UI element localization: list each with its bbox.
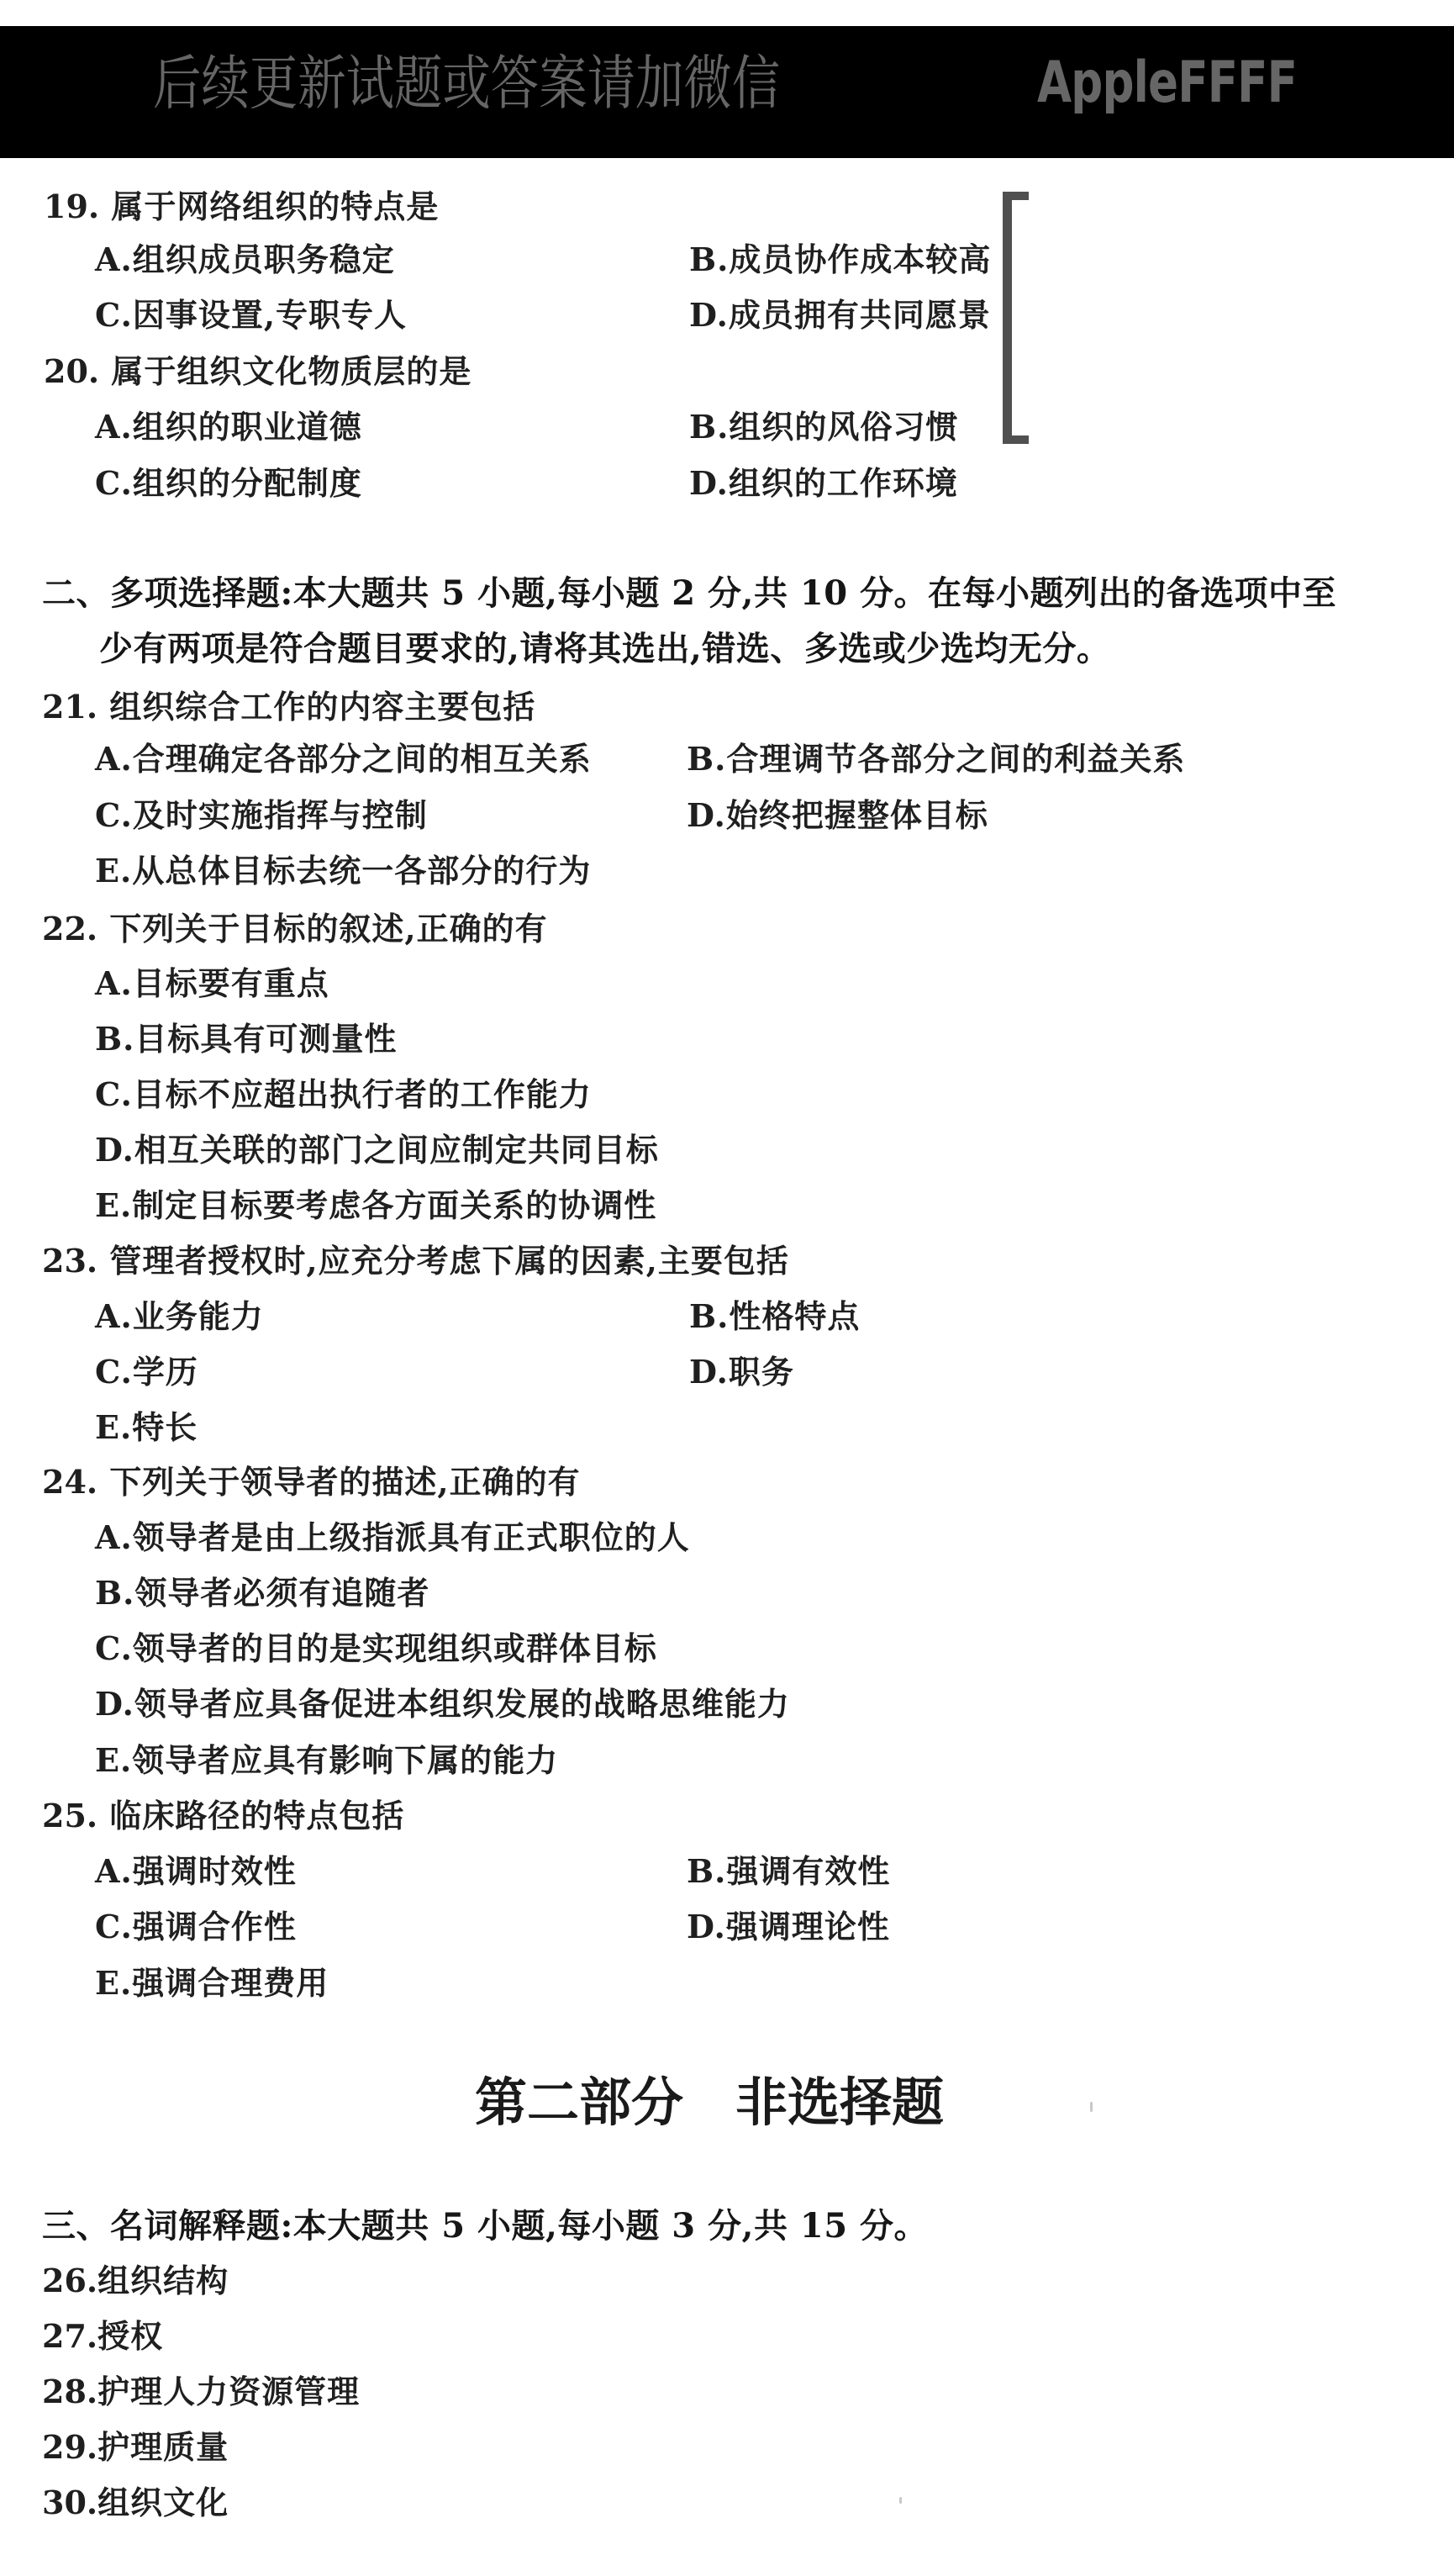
q20-option-c[interactable]: C.组织的分配制度 — [95, 462, 362, 504]
q25-option-a[interactable]: A.强调时效性 — [95, 1850, 297, 1892]
option-label: A. — [95, 240, 133, 278]
option-label: A. — [95, 1297, 133, 1335]
option-label: C. — [95, 1629, 133, 1667]
option-text: 从总体目标去统一各部分的行为 — [132, 852, 591, 889]
option-label: C. — [95, 1075, 133, 1113]
option-text: 特长 — [132, 1408, 198, 1446]
question-text: 管理者授权时,应充分考虑下属的因素,主要包括 — [109, 1242, 788, 1280]
option-text: 成员拥有共同愿景 — [729, 296, 991, 334]
question-text: 临床路径的特点包括 — [109, 1797, 404, 1834]
term-28: 28.护理人力资源管理 — [42, 2371, 360, 2413]
option-text: 合理调节各部分之间的利益关系 — [726, 740, 1185, 778]
option-text: 目标要有重点 — [133, 964, 329, 1002]
q22-option-e[interactable]: E.制定目标要考虑各方面关系的协调性 — [95, 1185, 656, 1227]
option-label: D. — [687, 796, 726, 834]
question-number: 21. — [42, 688, 97, 726]
option-label: D. — [95, 1131, 134, 1169]
option-label: B. — [689, 408, 729, 446]
question-number: 25. — [42, 1797, 97, 1834]
question-text: 下列关于目标的叙述,正确的有 — [109, 910, 547, 948]
option-label: B. — [689, 240, 729, 278]
option-text: 始终把握整体目标 — [726, 796, 988, 834]
q21-option-c[interactable]: C.及时实施指挥与控制 — [95, 794, 428, 837]
q25-option-e[interactable]: E.强调合理费用 — [95, 1962, 329, 2004]
question-21-stem: 21. 组织综合工作的内容主要包括 — [42, 686, 535, 728]
q23-option-d[interactable]: D.职务 — [689, 1351, 794, 1393]
term-text: 组织文化 — [97, 2484, 229, 2521]
option-text: 领导者的目的是实现组织或群体目标 — [133, 1629, 657, 1667]
option-text: 合理确定各部分之间的相互关系 — [133, 740, 592, 778]
term-29: 29.护理质量 — [42, 2426, 229, 2468]
question-number: 28. — [42, 2373, 97, 2410]
q23-option-b[interactable]: B.性格特点 — [689, 1296, 860, 1338]
q21-option-b[interactable]: B.合理调节各部分之间的利益关系 — [687, 738, 1185, 780]
option-text: 领导者应具备促进本组织发展的战略思维能力 — [134, 1685, 790, 1723]
q25-option-b[interactable]: B.强调有效性 — [687, 1850, 890, 1892]
banner-wechat-id: AppleFFFF — [1037, 50, 1297, 117]
question-number: 23. — [42, 1242, 97, 1280]
option-text: 目标不应超出执行者的工作能力 — [133, 1075, 592, 1113]
option-text: 组织的工作环境 — [729, 464, 958, 502]
option-label: C. — [95, 1353, 133, 1391]
q21-option-d[interactable]: D.始终把握整体目标 — [687, 794, 988, 837]
scan-speck — [899, 2497, 902, 2504]
option-label: D. — [689, 296, 729, 334]
question-19-stem: 19. 属于网络组织的特点是 — [44, 186, 439, 228]
option-label: B. — [689, 1297, 729, 1335]
option-text: 强调有效性 — [726, 1852, 890, 1890]
option-label: C. — [95, 296, 133, 334]
q19-option-c[interactable]: C.因事设置,专职专人 — [95, 294, 407, 336]
option-label: B. — [95, 1574, 134, 1612]
q24-option-d[interactable]: D.领导者应具备促进本组织发展的战略思维能力 — [95, 1683, 790, 1725]
option-label: A. — [95, 1518, 133, 1556]
q24-option-a[interactable]: A.领导者是由上级指派具有正式职位的人 — [95, 1517, 690, 1559]
q24-option-c[interactable]: C.领导者的目的是实现组织或群体目标 — [95, 1628, 657, 1670]
q22-option-c[interactable]: C.目标不应超出执行者的工作能力 — [95, 1074, 592, 1116]
option-label: E. — [95, 1408, 132, 1446]
option-text: 相互关联的部门之间应制定共同目标 — [134, 1131, 659, 1169]
option-label: D. — [95, 1685, 134, 1723]
option-label: D. — [687, 1908, 726, 1945]
question-number: 30. — [42, 2484, 97, 2521]
section-3-header: 三、名词解释题:本大题共 5 小题,每小题 3 分,共 15 分。 — [42, 2205, 928, 2247]
question-number: 27. — [42, 2317, 97, 2355]
option-text: 强调理论性 — [726, 1908, 890, 1945]
option-label: B. — [687, 1852, 726, 1890]
option-label: D. — [689, 1353, 729, 1391]
option-text: 及时实施指挥与控制 — [133, 796, 428, 834]
option-label: E. — [95, 1741, 132, 1779]
part-2-heading: 第二部分 非选择题 — [475, 2073, 944, 2132]
q21-option-e[interactable]: E.从总体目标去统一各部分的行为 — [95, 850, 591, 892]
question-25-stem: 25. 临床路径的特点包括 — [42, 1795, 404, 1837]
option-label: E. — [95, 1964, 132, 2002]
question-number: 22. — [42, 910, 97, 948]
option-text: 因事设置,专职专人 — [133, 296, 407, 334]
question-text: 下列关于领导者的描述,正确的有 — [109, 1463, 580, 1501]
option-label: B. — [687, 740, 726, 778]
option-text: 领导者是由上级指派具有正式职位的人 — [133, 1518, 690, 1556]
question-number: 24. — [42, 1463, 97, 1501]
option-text: 强调合理费用 — [132, 1964, 329, 2002]
q21-option-a[interactable]: A.合理确定各部分之间的相互关系 — [95, 738, 592, 780]
q19-option-a[interactable]: A.组织成员职务稳定 — [95, 239, 395, 281]
option-label: C. — [95, 464, 133, 502]
q19-option-d[interactable]: D.成员拥有共同愿景 — [689, 294, 991, 336]
q22-option-d[interactable]: D.相互关联的部门之间应制定共同目标 — [95, 1129, 659, 1171]
option-text: 组织成员职务稳定 — [133, 240, 395, 278]
question-23-stem: 23. 管理者授权时,应充分考虑下属的因素,主要包括 — [42, 1240, 789, 1282]
question-number: 26. — [42, 2262, 97, 2299]
watermark-banner: 后续更新试题或答案请加微信 AppleFFFF — [0, 26, 1454, 158]
option-text: 业务能力 — [133, 1297, 264, 1335]
q25-option-d[interactable]: D.强调理论性 — [687, 1906, 890, 1948]
term-text: 护理质量 — [97, 2428, 229, 2466]
option-text: 职务 — [729, 1353, 794, 1391]
term-27: 27.授权 — [42, 2315, 163, 2357]
term-30: 30.组织文化 — [42, 2482, 229, 2524]
question-number: 20. — [44, 352, 99, 390]
option-text: 组织的分配制度 — [133, 464, 362, 502]
option-label: A. — [95, 740, 133, 778]
option-text: 领导者应具有影响下属的能力 — [132, 1741, 558, 1779]
scan-speck — [1090, 2102, 1093, 2112]
question-20-stem: 20. 属于组织文化物质层的是 — [44, 351, 471, 393]
q22-option-a[interactable]: A.目标要有重点 — [95, 963, 329, 1005]
option-text: 成员协作成本较高 — [729, 240, 991, 278]
option-text: 组织的风俗习惯 — [729, 408, 958, 446]
question-text: 组织综合工作的内容主要包括 — [109, 688, 535, 726]
option-label: C. — [95, 1908, 133, 1945]
option-label: A. — [95, 408, 133, 446]
option-text: 目标具有可测量性 — [134, 1020, 397, 1058]
term-text: 护理人力资源管理 — [97, 2373, 360, 2410]
q24-option-e[interactable]: E.领导者应具有影响下属的能力 — [95, 1739, 558, 1782]
question-text: 属于组织文化物质层的是 — [111, 352, 471, 390]
option-label: E. — [95, 852, 132, 889]
option-label: A. — [95, 1852, 133, 1890]
q24-option-b[interactable]: B.领导者必须有追随者 — [95, 1572, 429, 1614]
term-text: 授权 — [97, 2317, 163, 2355]
question-number: 29. — [42, 2428, 97, 2466]
option-label: B. — [95, 1020, 134, 1058]
option-text: 强调时效性 — [133, 1852, 297, 1890]
option-text: 制定目标要考虑各方面关系的协调性 — [132, 1186, 656, 1224]
q19-option-b[interactable]: B.成员协作成本较高 — [689, 239, 991, 281]
question-number: 19. — [44, 187, 99, 225]
term-26: 26.组织结构 — [42, 2260, 229, 2302]
question-24-stem: 24. 下列关于领导者的描述,正确的有 — [42, 1461, 581, 1503]
section-2-header-line2: 少有两项是符合题目要求的,请将其选出,错选、多选或少选均无分。 — [99, 628, 1110, 670]
option-text: 强调合作性 — [133, 1908, 297, 1945]
question-22-stem: 22. 下列关于目标的叙述,正确的有 — [42, 908, 548, 950]
binding-bracket-mark — [1003, 192, 1029, 444]
option-text: 性格特点 — [729, 1297, 860, 1335]
q23-option-a[interactable]: A.业务能力 — [95, 1296, 264, 1338]
option-text: 学历 — [133, 1353, 198, 1391]
q20-option-b[interactable]: B.组织的风俗习惯 — [689, 406, 958, 448]
option-text: 组织的职业道德 — [133, 408, 362, 446]
option-label: D. — [689, 464, 729, 502]
q20-option-d[interactable]: D.组织的工作环境 — [689, 462, 958, 504]
q20-option-a[interactable]: A.组织的职业道德 — [95, 406, 362, 448]
term-text: 组织结构 — [97, 2262, 229, 2299]
option-label: A. — [95, 964, 133, 1002]
option-label: C. — [95, 796, 133, 834]
option-label: E. — [95, 1186, 132, 1224]
q25-option-c[interactable]: C.强调合作性 — [95, 1906, 297, 1948]
q22-option-b[interactable]: B.目标具有可测量性 — [95, 1018, 397, 1060]
q23-option-c[interactable]: C.学历 — [95, 1351, 198, 1393]
banner-message: 后续更新试题或答案请加微信 — [153, 50, 829, 117]
banner-text: 后续更新试题或答案请加微信 AppleFFFF — [153, 50, 1370, 117]
section-2-header-line1: 二、多项选择题:本大题共 5 小题,每小题 2 分,共 10 分。在每小题列出的… — [42, 573, 1336, 615]
option-text: 领导者必须有追随者 — [134, 1574, 429, 1612]
q23-option-e[interactable]: E.特长 — [95, 1407, 198, 1449]
question-text: 属于网络组织的特点是 — [111, 187, 439, 225]
